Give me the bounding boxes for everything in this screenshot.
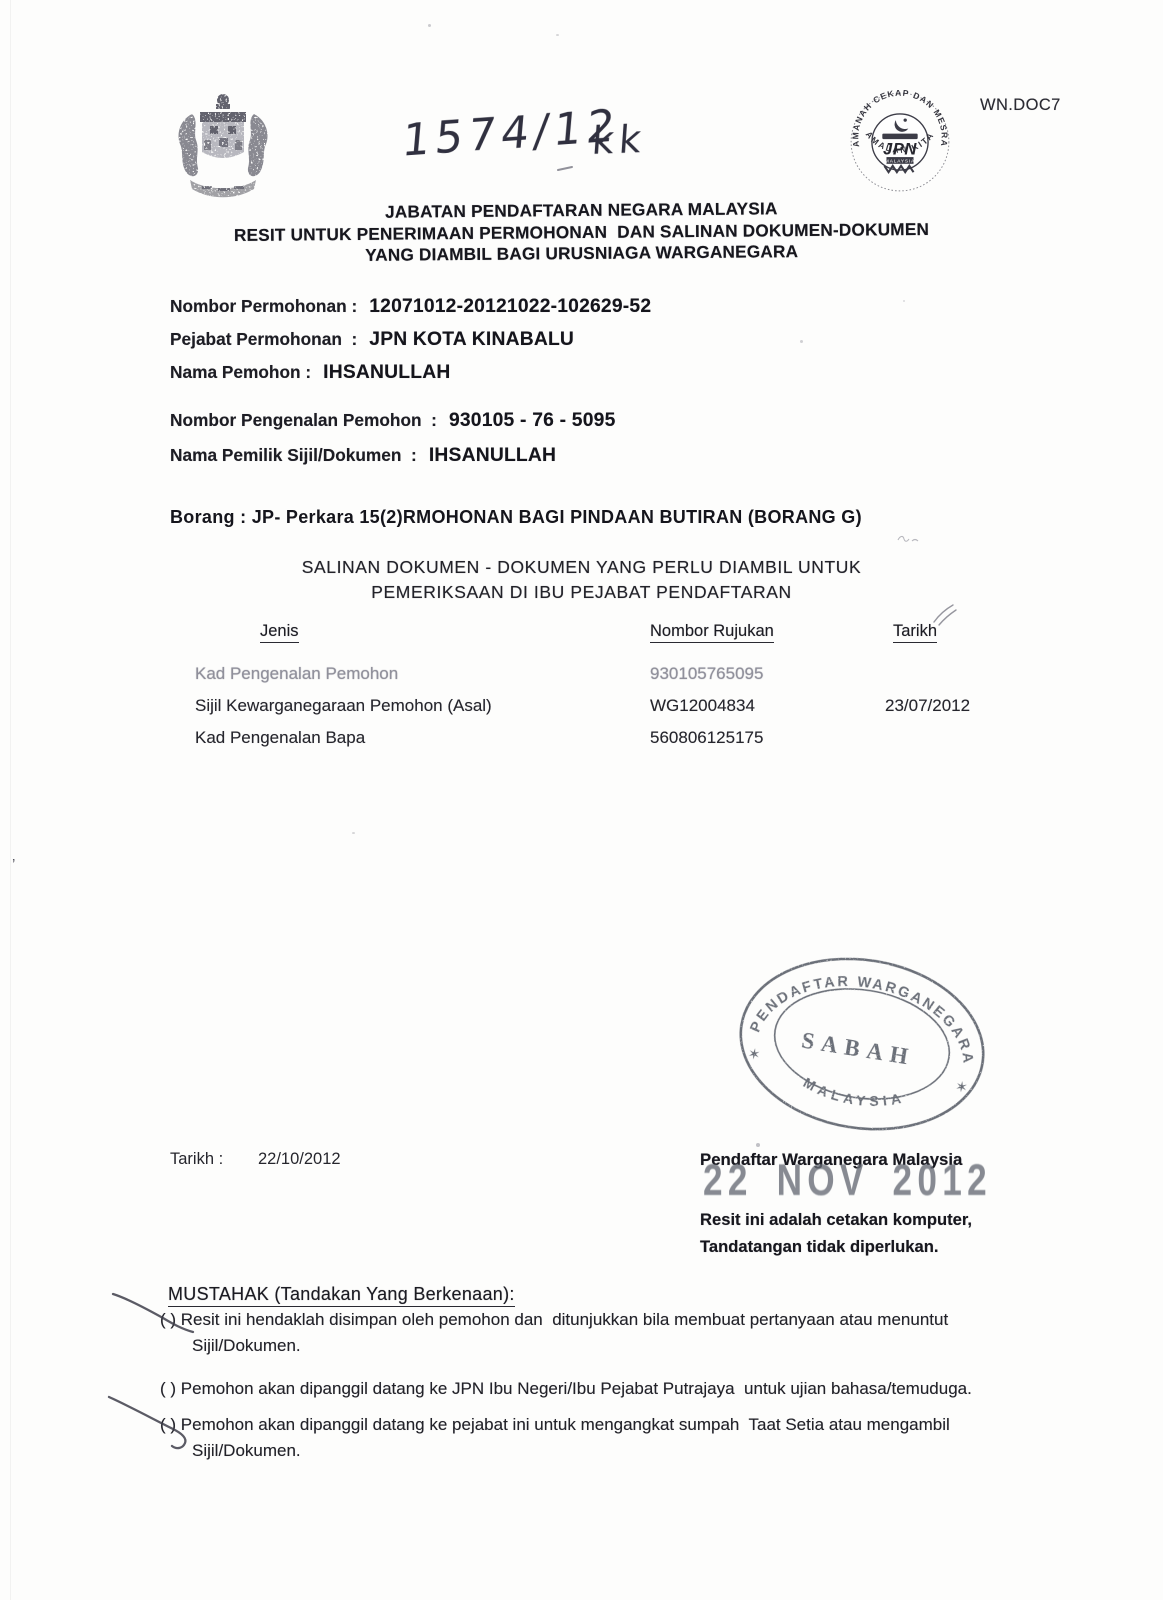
scanned-receipt-page: 1574/12 kk AMANAH CEKAP DAN MESRA AMALAN…: [0, 0, 1163, 1600]
stamp-star-left-icon: ✶: [746, 1045, 761, 1064]
table-row-jenis: Kad Pengenalan Pemohon: [195, 664, 398, 684]
scan-speck: [756, 1143, 760, 1147]
doc-code: WN.DOC7: [980, 96, 1061, 115]
checkbox-parens: ( ): [160, 1310, 181, 1329]
stamp-star-right-icon: ✶: [954, 1078, 969, 1097]
field-value: JPN KOTA KINABALU: [369, 329, 574, 350]
handwritten-ref-number: 1574/12: [400, 100, 622, 167]
field-value: 12071012-20121022-102629-52: [369, 296, 651, 317]
field-nama-pemohon: Nama Pemohon :IHSANULLAH: [170, 362, 450, 384]
jpn-center-text: JPN: [883, 139, 917, 158]
mustahak-heading: MUSTAHAK (Tandakan Yang Berkenaan):: [168, 1284, 515, 1307]
section-heading-line-2: PEMERIKSAAN DI IBU PEJABAT PENDAFTARAN: [0, 582, 1163, 603]
checklist-item-3-line2: Sijil/Dokumen.: [192, 1441, 301, 1461]
table-row-rujukan: 560806125175: [650, 728, 763, 748]
stamp-bottom-text: MALAYSIA: [799, 1073, 909, 1115]
oval-rubber-stamp: PENDAFTAR WARGANEGARA MALAYSIA ✶ ✶ SABAH: [732, 948, 992, 1140]
checklist-text: Resit ini hendaklah disimpan oleh pemoho…: [181, 1310, 948, 1329]
computer-print-note-2: Tandatangan tidak diperlukan.: [700, 1237, 939, 1257]
checklist-item-2: ( ) Pemohon akan dipanggil datang ke JPN…: [160, 1379, 972, 1399]
checklist-text: Pemohon akan dipanggil datang ke JPN Ibu…: [181, 1379, 972, 1398]
field-nombor-pengenalan: Nombor Pengenalan Pemohon :930105 - 76 -…: [170, 410, 616, 432]
stamp-center-text: SABAH: [800, 1028, 917, 1071]
borang-line: Borang : JP- Perkara 15(2)RMOHONAN BAGI …: [170, 507, 862, 528]
field-label: Nombor Permohonan :: [170, 296, 357, 316]
scan-speck: [556, 34, 559, 36]
checkbox-parens: ( ): [160, 1415, 181, 1434]
field-nombor-permohonan: Nombor Permohonan :12071012-20121022-102…: [170, 296, 651, 318]
table-row-jenis: Kad Pengenalan Bapa: [195, 728, 365, 748]
table-row-tarikh: 23/07/2012: [885, 696, 970, 716]
checklist-item-1-line2: Sijil/Dokumen.: [192, 1336, 301, 1356]
checklist-item-3: ( ) Pemohon akan dipanggil datang ke pej…: [160, 1415, 950, 1435]
footer-tarikh-label: Tarikh :: [170, 1150, 223, 1169]
scan-speck: [428, 24, 431, 27]
table-header-rujukan: Nombor Rujukan: [650, 622, 774, 643]
handwriting-dash-mark: [558, 167, 572, 170]
field-label: Nama Pemilik Sijil/Dokumen :: [170, 445, 417, 465]
table-row-rujukan: WG12004834: [650, 696, 755, 716]
jpn-logo-icon: AMANAH CEKAP DAN MESRA AMALAN KITA JPN M…: [848, 90, 952, 194]
pen-flick-mark: [934, 605, 956, 625]
field-value: IHSANULLAH: [323, 362, 450, 383]
scan-speck: [352, 832, 355, 834]
checkbox-parens: ( ): [160, 1379, 181, 1398]
svg-text:MALAYSIA: MALAYSIA: [799, 1073, 909, 1115]
field-pejabat-permohonan: Pejabat Permohonan :JPN KOTA KINABALU: [170, 329, 574, 351]
section-heading-line-1: SALINAN DOKUMEN - DOKUMEN YANG PERLU DIA…: [0, 557, 1163, 578]
table-header-tarikh: Tarikh: [893, 622, 937, 643]
small-squiggle-mark: [898, 536, 918, 541]
computer-print-note-1: Resit ini adalah cetakan komputer,: [700, 1210, 972, 1230]
field-label: Nama Pemohon :: [170, 362, 311, 382]
malaysia-coat-of-arms-icon: [166, 88, 280, 208]
scan-comma-mark: ’: [12, 856, 15, 873]
table-row-rujukan: 930105765095: [650, 664, 763, 684]
table-header-jenis: Jenis: [260, 622, 299, 643]
footer-tarikh-value: 22/10/2012: [258, 1150, 341, 1169]
jpn-band-text: MALAYSIA: [885, 158, 915, 164]
scan-speck: [800, 340, 803, 343]
table-row-jenis: Sijil Kewarganegaraan Pemohon (Asal): [195, 696, 492, 716]
handwritten-office-code: kk: [590, 117, 647, 163]
checklist-item-1: ( ) Resit ini hendaklah disimpan oleh pe…: [160, 1310, 948, 1330]
field-value: 930105 - 76 - 5095: [449, 410, 616, 431]
scan-speck: [903, 300, 905, 302]
checklist-text: Pemohon akan dipanggil datang ke pejabat…: [181, 1415, 950, 1434]
field-label: Nombor Pengenalan Pemohon :: [170, 410, 437, 430]
field-value: IHSANULLAH: [429, 445, 556, 466]
document-title: JABATAN PENDAFTARAN NEGARA MALAYSIA RESI…: [0, 195, 1163, 270]
field-nama-pemilik: Nama Pemilik Sijil/Dokumen :IHSANULLAH: [170, 445, 556, 467]
date-stamp: 22 NOV 2012: [703, 1156, 992, 1206]
field-label: Pejabat Permohonan :: [170, 329, 357, 349]
